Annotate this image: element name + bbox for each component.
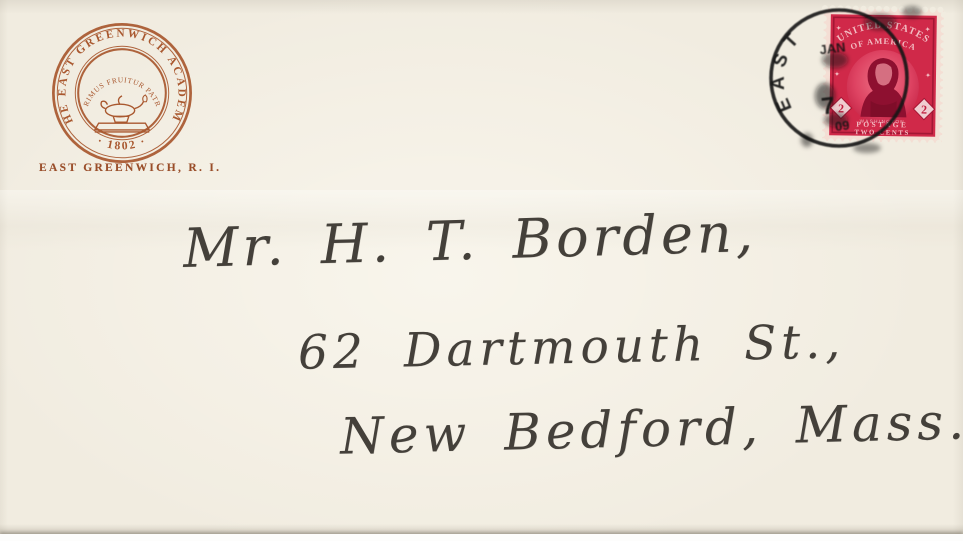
seal-ring-text: THE EAST GREENWICH ACADEMY <box>49 20 188 126</box>
academy-seal: THE EAST GREENWICH ACADEMY · 1802 · SERI… <box>49 20 195 166</box>
svg-text:THE EAST GREENWICH ACADEMY: THE EAST GREENWICH ACADEMY <box>49 20 188 126</box>
postmark: EAST JAN 7 09 <box>762 0 937 168</box>
lamp-on-book-icon <box>95 95 150 132</box>
cancel-smudges <box>801 6 922 153</box>
scan-edge <box>0 534 963 541</box>
return-address: EAST GREENWICH, R. I. <box>39 162 221 174</box>
svg-text:EAST: EAST <box>768 24 808 115</box>
address-line-1: Mr. H. T. Borden, <box>182 206 757 276</box>
address-line-2: 62 Dartmouth St., <box>298 318 846 376</box>
envelope-paper: THE EAST GREENWICH ACADEMY · 1802 · SERI… <box>0 0 963 534</box>
address-line-3: New Bedford, Mass. <box>339 396 963 461</box>
postmark-town-arc: EAST <box>768 24 808 115</box>
envelope-scan: THE EAST GREENWICH ACADEMY · 1802 · SERI… <box>0 0 963 541</box>
